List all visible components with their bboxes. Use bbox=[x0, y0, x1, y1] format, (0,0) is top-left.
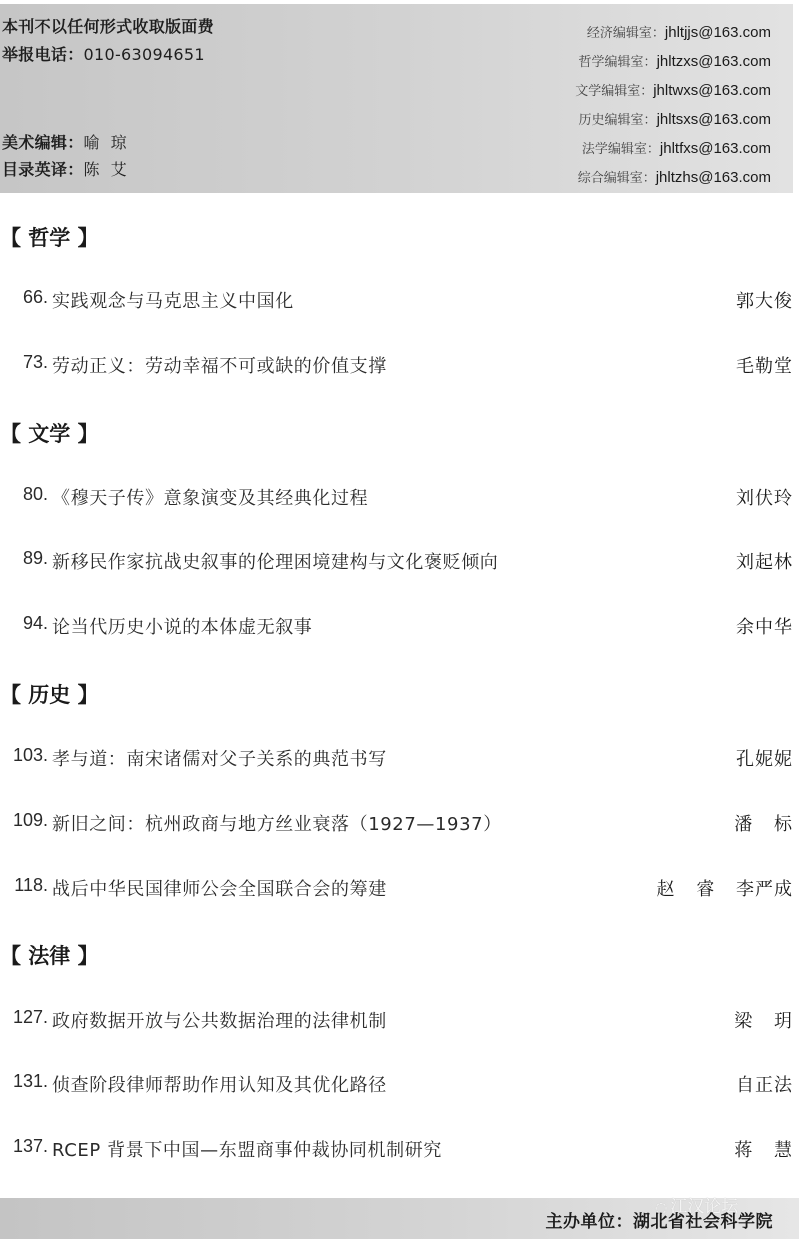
page-number: 109. bbox=[0, 810, 48, 831]
notice-text: 本刊不以任何形式收取版面费 bbox=[2, 14, 214, 37]
toc-entry[interactable]: 127. 政府数据开放与公共数据治理的法律机制 梁 玥 bbox=[0, 1004, 799, 1034]
page-number: 127. bbox=[0, 1007, 48, 1028]
toc-entry[interactable]: 89. 新移民作家抗战史叙事的伦理困境建构与文化褒贬倾向 刘起林 bbox=[0, 545, 799, 575]
toc-entry[interactable]: 118. 战后中华民国律师公会全国联合会的筹建 赵 睿 李严成 bbox=[0, 872, 799, 902]
art-editor-label: 美术编辑： bbox=[2, 133, 84, 152]
article-title: 侦查阶段律师帮助作用认知及其优化路径 bbox=[52, 1071, 387, 1097]
email-history: 历史编辑室：jhltsxs@163.com bbox=[541, 105, 771, 134]
article-title: 新旧之间：杭州政商与地方丝业衰落（1927—1937） bbox=[52, 810, 502, 836]
article-author: 自正法 bbox=[736, 1071, 793, 1097]
page-number: 89. bbox=[0, 548, 48, 569]
section-heading-literature: 【 文学 】 bbox=[0, 418, 99, 448]
toc-entry[interactable]: 103. 孝与道：南宋诸儒对父子关系的典范书写 孔妮妮 bbox=[0, 742, 799, 772]
article-title: 孝与道：南宋诸儒对父子关系的典范书写 bbox=[52, 745, 387, 771]
toc-translator-value: 陈 艾 bbox=[84, 160, 127, 179]
article-author: 梁 玥 bbox=[734, 1007, 793, 1033]
art-editor-value: 喻 琼 bbox=[84, 133, 127, 152]
toc-translator-label: 目录英译： bbox=[2, 160, 84, 179]
toc-entry[interactable]: 80. 《穆天子传》意象演变及其经典化过程 刘伏玲 bbox=[0, 481, 799, 511]
email-address[interactable]: jhltjjs@163.com bbox=[665, 24, 771, 41]
page-number: 80. bbox=[0, 484, 48, 505]
article-title: 战后中华民国律师公会全国联合会的筹建 bbox=[52, 875, 387, 901]
editorial-emails: 经济编辑室：jhltjjs@163.com 哲学编辑室：jhltzxs@163.… bbox=[541, 18, 771, 192]
page-number: 73. bbox=[0, 352, 48, 373]
article-author: 刘起林 bbox=[736, 548, 793, 574]
article-title: 新移民作家抗战史叙事的伦理困境建构与文化褒贬倾向 bbox=[52, 548, 498, 574]
email-literature: 文学编辑室：jhltwxs@163.com bbox=[541, 76, 771, 105]
sponsor-text: 主办单位：湖北省社会科学院 bbox=[546, 1207, 774, 1232]
email-address[interactable]: jhltfxs@163.com bbox=[660, 140, 771, 157]
page-number: 118. bbox=[0, 875, 48, 896]
article-author: 孔妮妮 bbox=[736, 745, 793, 771]
article-author: 毛勒堂 bbox=[736, 352, 793, 378]
article-title: 论当代历史小说的本体虚无叙事 bbox=[52, 613, 312, 639]
email-law: 法学编辑室：jhltfxs@163.com bbox=[541, 134, 771, 163]
page-number: 94. bbox=[0, 613, 48, 634]
art-editor: 美术编辑：喻 琼 bbox=[2, 130, 127, 153]
toc-entry[interactable]: 73. 劳动正义：劳动幸福不可或缺的价值支撑 毛勒堂 bbox=[0, 349, 799, 379]
article-title: 实践观念与马克思主义中国化 bbox=[52, 287, 294, 313]
hotline: 举报电话：010-63094651 bbox=[2, 42, 205, 65]
hotline-label: 举报电话： bbox=[2, 45, 84, 64]
header-band: 本刊不以任何形式收取版面费 举报电话：010-63094651 美术编辑：喻 琼… bbox=[0, 4, 793, 193]
article-author: 赵 睿 李严成 bbox=[657, 875, 793, 901]
toc-entry[interactable]: 137. RCEP 背景下中国—东盟商事仲裁协同机制研究 蒋 慧 bbox=[0, 1133, 799, 1163]
hotline-value: 010-63094651 bbox=[84, 45, 205, 64]
article-title: 劳动正义：劳动幸福不可或缺的价值支撑 bbox=[52, 352, 387, 378]
email-address[interactable]: jhltsxs@163.com bbox=[657, 111, 771, 128]
page-number: 137. bbox=[0, 1136, 48, 1157]
section-heading-philosophy: 【 哲学 】 bbox=[0, 222, 99, 252]
toc-translator: 目录英译：陈 艾 bbox=[2, 157, 127, 180]
email-address[interactable]: jhltzhs@163.com bbox=[656, 169, 771, 186]
email-philosophy: 哲学编辑室：jhltzxs@163.com bbox=[541, 47, 771, 76]
toc-entry[interactable]: 94. 论当代历史小说的本体虚无叙事 余中华 bbox=[0, 610, 799, 640]
article-author: 蒋 慧 bbox=[734, 1136, 793, 1162]
article-author: 余中华 bbox=[736, 613, 793, 639]
section-heading-history: 【 历史 】 bbox=[0, 679, 99, 709]
article-author: 刘伏玲 bbox=[736, 484, 793, 510]
article-author: 郭大俊 bbox=[736, 287, 793, 313]
article-author: 潘 标 bbox=[734, 810, 793, 836]
article-title: RCEP 背景下中国—东盟商事仲裁协同机制研究 bbox=[52, 1136, 442, 1162]
email-address[interactable]: jhltwxs@163.com bbox=[653, 82, 771, 99]
article-title: 《穆天子传》意象演变及其经典化过程 bbox=[52, 484, 368, 510]
page-number: 66. bbox=[0, 287, 48, 308]
page-number: 103. bbox=[0, 745, 48, 766]
page-number: 131. bbox=[0, 1071, 48, 1092]
email-address[interactable]: jhltzxs@163.com bbox=[657, 53, 771, 70]
toc-entry[interactable]: 131. 侦查阶段律师帮助作用认知及其优化路径 自正法 bbox=[0, 1068, 799, 1098]
toc-entry[interactable]: 109. 新旧之间：杭州政商与地方丝业衰落（1927—1937） 潘 标 bbox=[0, 807, 799, 837]
email-economics: 经济编辑室：jhltjjs@163.com bbox=[541, 18, 771, 47]
section-heading-law: 【 法律 】 bbox=[0, 940, 99, 970]
toc-entry[interactable]: 66. 实践观念与马克思主义中国化 郭大俊 bbox=[0, 284, 799, 314]
article-title: 政府数据开放与公共数据治理的法律机制 bbox=[52, 1007, 387, 1033]
email-general: 综合编辑室：jhltzhs@163.com bbox=[541, 163, 771, 192]
